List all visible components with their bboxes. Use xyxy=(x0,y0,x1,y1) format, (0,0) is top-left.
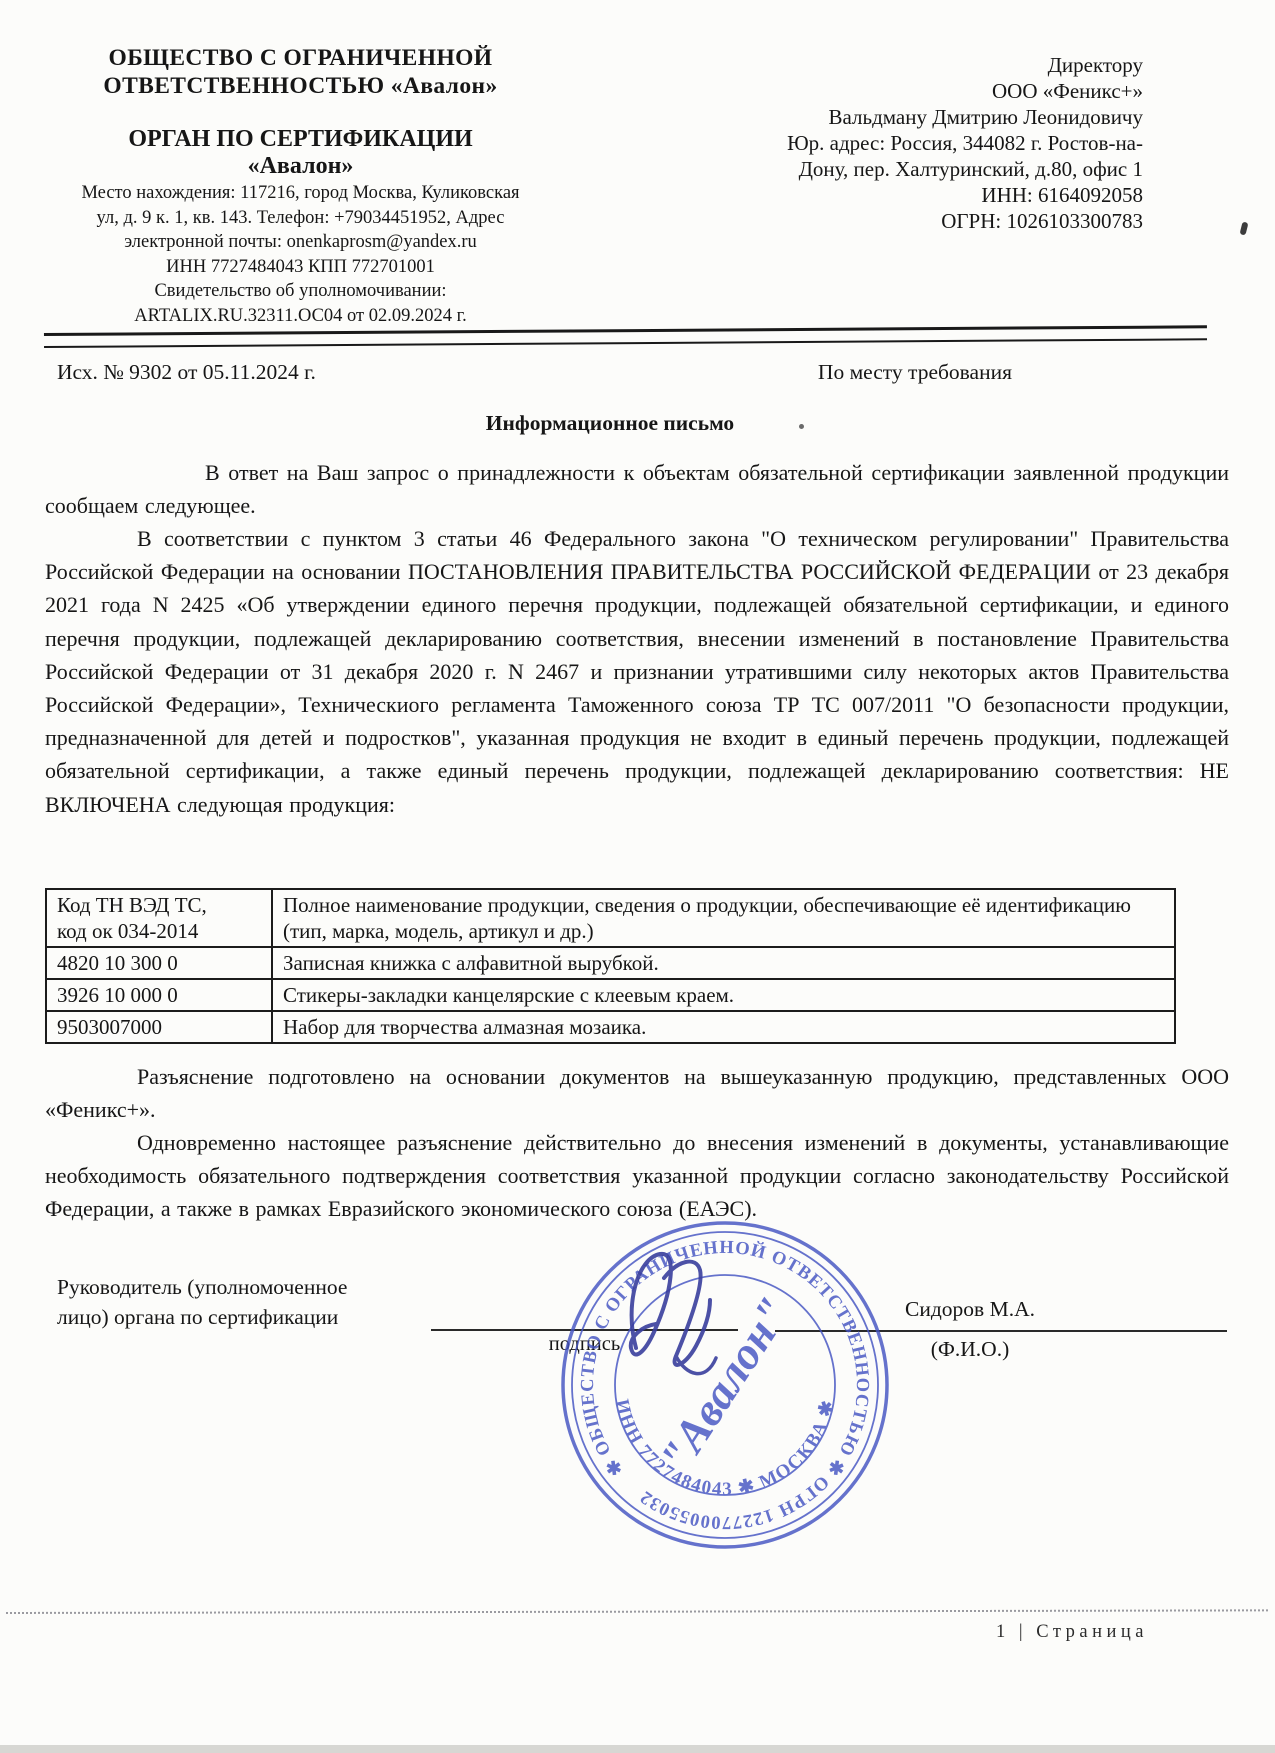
signature-stroke xyxy=(676,1356,716,1374)
sender-certificate-number: ARTALIX.RU.32311.ОС04 от 02.09.2024 г. xyxy=(73,305,528,328)
table-header-code-line: код ок 034-2014 xyxy=(57,918,261,944)
signature-role-line: лицо) органа по сертификации xyxy=(57,1302,517,1332)
paragraph-regulation: В соответствии с пунктом 3 статьи 46 Фед… xyxy=(45,522,1229,888)
recipient-line: ООО «Феникс+» xyxy=(583,78,1143,104)
sender-address-line: ул, д. 9 к. 1, кв. 143. Телефон: +790344… xyxy=(73,207,528,230)
table-row: 3926 10 000 0 Стикеры-закладки канцелярс… xyxy=(46,979,1175,1011)
table-row: 4820 10 300 0 Записная книжка с алфавитн… xyxy=(46,947,1175,979)
sender-company-name-line: ОБЩЕСТВО С ОГРАНИЧЕННОЙ xyxy=(73,44,528,72)
handwritten-signature xyxy=(598,1240,768,1390)
sender-company-name-line: ОТВЕТСТВЕННОСТЬЮ «Авалон» xyxy=(73,72,528,100)
signature-stroke xyxy=(631,1254,671,1355)
scan-edge-band xyxy=(0,1745,1275,1753)
recipient-inn: ИНН: 6164092058 xyxy=(583,182,1143,208)
recipient-ogrn: ОГРН: 1026103300783 xyxy=(583,208,1143,234)
page-number: 1 | Страница xyxy=(996,1622,1148,1643)
product-cell: Стикеры-закладки канцелярские с клеевым … xyxy=(272,979,1175,1011)
header-divider-rule xyxy=(44,325,1207,348)
sender-inn-kpp: ИНН 7727484043 КПП 772701001 xyxy=(73,256,528,279)
scan-artifact-mark xyxy=(1240,221,1249,235)
table-row: 9503007000 Набор для творчества алмазная… xyxy=(46,1011,1175,1043)
product-cell: Записная книжка с алфавитной вырубкой. xyxy=(272,947,1175,979)
scan-artifact-dot xyxy=(799,424,804,429)
certification-body-title: ОРГАН ПО СЕРТИФИКАЦИИ «Авалон» xyxy=(73,126,528,180)
paragraph-intro: В ответ на Ваш запрос о принадлежности к… xyxy=(45,456,1229,524)
table-header-product: Полное наименование продукции, сведения … xyxy=(272,889,1175,947)
table-header-code-line: Код ТН ВЭД ТС, xyxy=(57,892,261,918)
products-table: Код ТН ВЭД ТС, код ок 034-2014 Полное на… xyxy=(45,888,1176,1044)
code-cell: 9503007000 xyxy=(46,1011,272,1043)
sender-address-line: Место нахождения: 117216, город Москва, … xyxy=(73,182,528,205)
sender-certificate-label: Свидетельство об уполномочивании: xyxy=(73,280,528,303)
table-header-row: Код ТН ВЭД ТС, код ок 034-2014 Полное на… xyxy=(46,889,1175,947)
recipient-line: Вальдману Дмитрию Леонидовичу xyxy=(583,104,1143,130)
outgoing-ref-number: Исх. № 9302 от 05.11.2024 г. xyxy=(57,360,316,385)
paragraph-clarification: Разъяснение подготовлено на основании до… xyxy=(45,1060,1229,1128)
recipient-line: Дону, пер. Халтуринский, д.80, офис 1 xyxy=(583,156,1143,182)
recipient-block: Директору ООО «Феникс+» Вальдману Дмитри… xyxy=(583,52,1143,234)
recipient-line: Юр. адрес: Россия, 344082 г. Ростов-на- xyxy=(583,130,1143,156)
destination-label: По месту требования xyxy=(818,360,1012,385)
table-header-code: Код ТН ВЭД ТС, код ок 034-2014 xyxy=(46,889,272,947)
code-cell: 3926 10 000 0 xyxy=(46,979,272,1011)
code-cell: 4820 10 300 0 xyxy=(46,947,272,979)
letter-title: Информационное письмо xyxy=(45,411,1175,436)
recipient-line: Директору xyxy=(583,52,1143,78)
product-cell: Набор для творчества алмазная мозаика. xyxy=(272,1011,1175,1043)
reference-row: Исх. № 9302 от 05.11.2024 г. По месту тр… xyxy=(57,360,1012,385)
signature-role: Руководитель (уполномоченное лицо) орган… xyxy=(57,1272,517,1332)
signature-role-line: Руководитель (уполномоченное xyxy=(57,1272,517,1302)
footer-rule xyxy=(6,1609,1268,1614)
sender-address-line: электронной почты: onenkaprosm@yandex.ru xyxy=(73,231,528,254)
sender-block: ОБЩЕСТВО С ОГРАНИЧЕННОЙ ОТВЕТСТВЕННОСТЬЮ… xyxy=(73,44,528,328)
